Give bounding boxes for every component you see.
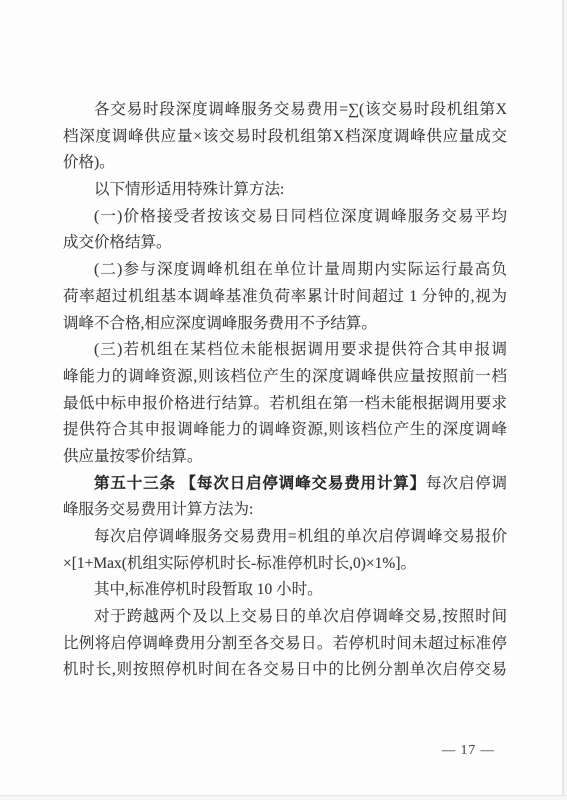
text-line: (三)若机组在某档位未能根据调用要求提供符合其申报调 [63,337,507,364]
text-line: 每次启停调峰服务交易费用=机组的单次启停调峰交易报价 [63,524,507,551]
body-text: 峰服务交易费用计算方法为: [63,501,253,518]
body-text: 每次启停调 [426,475,507,492]
body-text: 对于跨越两个及以上交易日的单次启停调峰交易,按照时间 [94,608,507,625]
page-number: — 17 — [442,742,495,758]
body-text: ×[1+Max(机组实际停机时长-标准停机时长,0)×1%]。 [63,555,416,572]
text-line: 对于跨越两个及以上交易日的单次启停调峰交易,按照时间 [63,604,507,631]
text-line: 提供符合其申报调峰能力的调峰资源,则该档位产生的深度调峰 [63,417,507,444]
text-line: 峰能力的调峰资源,则该档位产生的深度调峰供应量按照前一档 [63,364,507,391]
body-text: 各交易时段深度调峰服务交易费用=∑(该交易时段机组第X [94,101,507,118]
text-line: 以下情形适用特殊计算方法: [63,177,507,204]
text-line: 供应量按零价结算。 [63,444,507,471]
body-text: 最低中标申报价格进行结算。若机组在第一档未能根据调用要求 [63,395,507,412]
body-text: 供应量按零价结算。 [63,448,203,465]
text-line: 各交易时段深度调峰服务交易费用=∑(该交易时段机组第X [63,97,507,124]
body-text: 以下情形适用特殊计算方法: [94,181,284,198]
body-text: (一)价格接受者按该交易日同档位深度调峰服务交易平均 [94,208,507,225]
text-line: (一)价格接受者按该交易日同档位深度调峰服务交易平均 [63,204,507,231]
article-heading: 第五十三条 【每次日启停调峰交易费用计算】 [94,475,426,492]
body-text: 价格)。 [63,154,115,171]
text-line: 最低中标申报价格进行结算。若机组在第一档未能根据调用要求 [63,391,507,418]
text-line: 其中,标准停机时段暂取 10 小时。 [63,577,507,604]
body-text: 比例将启停调峰费用分割至各交易日。若停机时间未超过标准停 [63,635,507,652]
body-text: (三)若机组在某档位未能根据调用要求提供符合其申报调 [94,341,507,358]
text-line: ×[1+Max(机组实际停机时长-标准停机时长,0)×1%]。 [63,551,507,578]
body-text: 荷率超过机组基本调峰基准负荷率累计时间超过 1 分钟的,视为 [63,288,507,305]
text-line: 调峰不合格,相应深度调峰服务费用不予结算。 [63,311,507,338]
text-line: 机时长,则按照停机时间在各交易日中的比例分割单次启停交易 [63,657,507,684]
text-line: 第五十三条 【每次日启停调峰交易费用计算】每次启停调 [63,471,507,498]
body-text: 档深度调峰供应量×该交易时段机组第X档深度调峰供应量成交 [63,128,507,145]
text-line: 成交价格结算。 [63,230,507,257]
body-text: 成交价格结算。 [63,234,172,251]
body-text: (二)参与深度调峰机组在单位计量周期内实际运行最高负 [94,261,507,278]
text-line: (二)参与深度调峰机组在单位计量周期内实际运行最高负 [63,257,507,284]
body-text: 提供符合其申报调峰能力的调峰资源,则该档位产生的深度调峰 [63,421,507,438]
body-text: 调峰不合格,相应深度调峰服务费用不予结算。 [63,315,377,332]
body-text: 每次启停调峰服务交易费用=机组的单次启停调峰交易报价 [94,528,507,545]
body-text: 峰能力的调峰资源,则该档位产生的深度调峰供应量按照前一档 [63,368,507,385]
text-line: 峰服务交易费用计算方法为: [63,497,507,524]
text-line: 档深度调峰供应量×该交易时段机组第X档深度调峰供应量成交 [63,124,507,151]
body-text: 机时长,则按照停机时间在各交易日中的比例分割单次启停交易 [63,661,507,678]
scan-edge-right [562,0,564,800]
body-text: 其中,标准停机时段暂取 10 小时。 [94,581,323,598]
scan-edge-bottom [0,795,567,800]
scanned-page: 各交易时段深度调峰服务交易费用=∑(该交易时段机组第X档深度调峰供应量×该交易时… [0,0,567,800]
text-line: 比例将启停调峰费用分割至各交易日。若停机时间未超过标准停 [63,631,507,658]
document-body: 各交易时段深度调峰服务交易费用=∑(该交易时段机组第X档深度调峰供应量×该交易时… [63,97,507,684]
text-line: 荷率超过机组基本调峰基准负荷率累计时间超过 1 分钟的,视为 [63,284,507,311]
text-line: 价格)。 [63,150,507,177]
